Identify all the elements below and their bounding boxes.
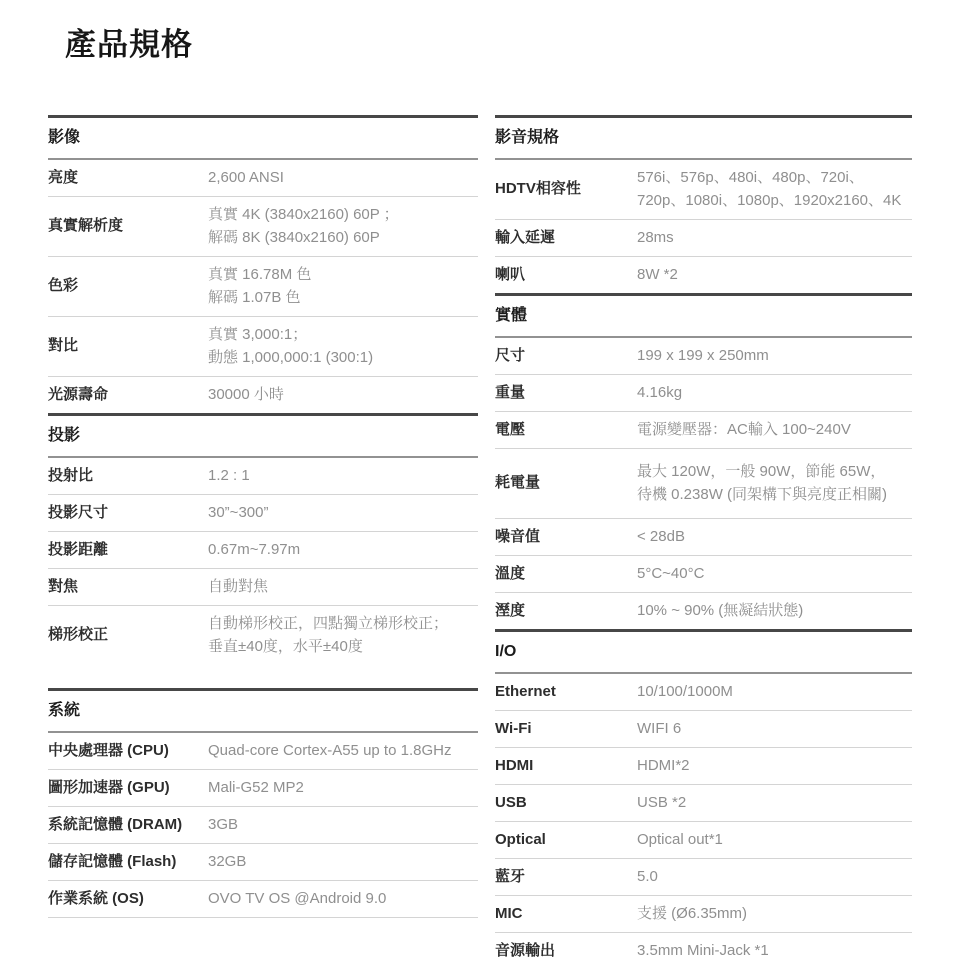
spec-label: 投影尺寸: [48, 501, 208, 524]
spec-value-line: OVO TV OS @Android 9.0: [208, 887, 478, 910]
spec-value: 支援 (Ø6.35mm): [637, 902, 912, 925]
spec-row: HDMIHDMI*2: [495, 748, 912, 785]
spec-value: 電源變壓器：AC輸入 100~240V: [637, 418, 912, 441]
spec-label: 投射比: [48, 464, 208, 487]
spec-label: Optical: [495, 828, 637, 851]
spec-row: Ethernet10/100/1000M: [495, 674, 912, 711]
spec-value-line: 2,600 ANSI: [208, 166, 478, 189]
spec-label: 藍牙: [495, 865, 637, 888]
spec-value: 8W *2: [637, 263, 912, 286]
spec-value-line: 5.0: [637, 865, 912, 888]
page-title: 產品規格: [0, 0, 960, 65]
spec-value-line: 解碼 1.07B 色: [208, 286, 478, 309]
spec-section: 影像亮度2,600 ANSI真實解析度真實 4K (3840x2160) 60P…: [48, 115, 478, 413]
spec-value-line: 28ms: [637, 226, 912, 249]
spec-row: HDTV相容性576i、576p、480i、480p、720i、720p、108…: [495, 160, 912, 220]
spec-value-line: USB *2: [637, 791, 912, 814]
spec-label: 梯形校正: [48, 623, 208, 646]
spec-row: 重量4.16kg: [495, 375, 912, 412]
spec-sheet-page: 產品規格 影像亮度2,600 ANSI真實解析度真實 4K (3840x2160…: [0, 0, 960, 968]
section-header: 系統: [48, 691, 478, 733]
spec-value-line: 30000 小時: [208, 383, 478, 406]
spec-section: 系統中央處理器 (CPU)Quad-core Cortex-A55 up to …: [48, 688, 478, 918]
spec-row: 真實解析度真實 4K (3840x2160) 60P ；解碼 8K (3840x…: [48, 197, 478, 257]
spec-row: 噪音值< 28dB: [495, 519, 912, 556]
spec-label: 作業系統 (OS): [48, 887, 208, 910]
spec-value-line: HDMI*2: [637, 754, 912, 777]
spec-value-line: 10/100/1000M: [637, 680, 912, 703]
spec-value-line: Quad-core Cortex-A55 up to 1.8GHz: [208, 739, 478, 762]
spec-value-line: WIFI 6: [637, 717, 912, 740]
spec-value-line: Optical out*1: [637, 828, 912, 851]
spec-label: 電壓: [495, 418, 637, 441]
spec-value-line: 真實 4K (3840x2160) 60P ；: [208, 203, 478, 226]
spec-value: 10/100/1000M: [637, 680, 912, 703]
spec-value: 真實 3,000:1；動態 1,000,000:1 (300:1): [208, 323, 478, 369]
spec-value: 1.2 : 1: [208, 464, 478, 487]
spec-value-line: 電源變壓器：AC輸入 100~240V: [637, 418, 912, 441]
spec-value-line: 4.16kg: [637, 381, 912, 404]
spec-value-line: 10% ~ 90% (無凝結狀態): [637, 599, 912, 622]
spec-row: Wi-FiWIFI 6: [495, 711, 912, 748]
spec-value: 199 x 199 x 250mm: [637, 344, 912, 367]
spec-row: 音源輸出3.5mm Mini-Jack *1: [495, 933, 912, 968]
spec-label: Ethernet: [495, 680, 637, 703]
spec-value: 自動梯形校正，四點獨立梯形校正；垂直±40度，水平±40度: [208, 612, 478, 658]
spec-row: OpticalOptical out*1: [495, 822, 912, 859]
spec-row: 投影尺寸30”~300”: [48, 495, 478, 532]
spec-value: 真實 16.78M 色解碼 1.07B 色: [208, 263, 478, 309]
spec-value-line: 8W *2: [637, 263, 912, 286]
section-header: 影音規格: [495, 118, 912, 160]
spec-row: 對焦自動對焦: [48, 569, 478, 606]
spec-value-line: 自動梯形校正，四點獨立梯形校正；: [208, 612, 478, 635]
spec-value: < 28dB: [637, 525, 912, 548]
spec-value: 30”~300”: [208, 501, 478, 524]
spec-row: 投射比1.2 : 1: [48, 458, 478, 495]
spec-row: 光源壽命30000 小時: [48, 377, 478, 413]
spec-section: I/OEthernet10/100/1000MWi-FiWIFI 6HDMIHD…: [495, 629, 912, 968]
spec-label: 對焦: [48, 575, 208, 598]
spec-value-line: 199 x 199 x 250mm: [637, 344, 912, 367]
spec-row: 對比真實 3,000:1；動態 1,000,000:1 (300:1): [48, 317, 478, 377]
spec-row: 系統記憶體 (DRAM)3GB: [48, 807, 478, 844]
spec-value: OVO TV OS @Android 9.0: [208, 887, 478, 910]
spec-value: USB *2: [637, 791, 912, 814]
spec-label: 投影距離: [48, 538, 208, 561]
spec-value: 0.67m~7.97m: [208, 538, 478, 561]
spec-value-line: 720p、1080i、1080p、1920x2160、4K: [637, 189, 912, 212]
spec-value: WIFI 6: [637, 717, 912, 740]
spec-label: 重量: [495, 381, 637, 404]
spec-value: 28ms: [637, 226, 912, 249]
spec-section: 投影投射比1.2 : 1投影尺寸30”~300”投影距離0.67m~7.97m對…: [48, 413, 478, 688]
spec-label: 亮度: [48, 166, 208, 189]
spec-value: 真實 4K (3840x2160) 60P ；解碼 8K (3840x2160)…: [208, 203, 478, 249]
spec-value-line: 最大 120W，一般 90W，節能 65W，: [637, 460, 912, 483]
spec-row: 藍牙5.0: [495, 859, 912, 896]
spec-row: USBUSB *2: [495, 785, 912, 822]
spec-value-line: 576i、576p、480i、480p、720i、: [637, 166, 912, 189]
spec-label: 對比: [48, 334, 208, 357]
spec-label: 色彩: [48, 274, 208, 297]
spec-value-line: Mali-G52 MP2: [208, 776, 478, 799]
spec-row: 亮度2,600 ANSI: [48, 160, 478, 197]
spec-row: 梯形校正自動梯形校正，四點獨立梯形校正；垂直±40度，水平±40度: [48, 606, 478, 688]
spec-label: 音源輸出: [495, 939, 637, 962]
spec-label: 真實解析度: [48, 214, 208, 237]
spec-section: 實體尺寸199 x 199 x 250mm重量4.16kg電壓電源變壓器：AC輸…: [495, 293, 912, 629]
spec-value: 576i、576p、480i、480p、720i、720p、1080i、1080…: [637, 166, 912, 212]
spec-label: 圖形加速器 (GPU): [48, 776, 208, 799]
spec-value-line: 真實 16.78M 色: [208, 263, 478, 286]
spec-value-line: 32GB: [208, 850, 478, 873]
spec-section: 影音規格HDTV相容性576i、576p、480i、480p、720i、720p…: [495, 115, 912, 293]
spec-row: 尺寸199 x 199 x 250mm: [495, 338, 912, 375]
spec-label: 溼度: [495, 599, 637, 622]
spec-value: HDMI*2: [637, 754, 912, 777]
spec-value-line: 垂直±40度，水平±40度: [208, 635, 478, 658]
spec-label: USB: [495, 791, 637, 814]
spec-label: 耗電量: [495, 471, 637, 494]
spec-value-line: 30”~300”: [208, 501, 478, 524]
spec-value-line: 3GB: [208, 813, 478, 836]
spec-row: MIC支援 (Ø6.35mm): [495, 896, 912, 933]
spec-value: 10% ~ 90% (無凝結狀態): [637, 599, 912, 622]
spec-label: 輸入延遲: [495, 226, 637, 249]
spec-row: 電壓電源變壓器：AC輸入 100~240V: [495, 412, 912, 449]
spec-row: 耗電量最大 120W，一般 90W，節能 65W，待機 0.238W (同架構下…: [495, 449, 912, 519]
spec-value-line: 自動對焦: [208, 575, 478, 598]
spec-label: HDTV相容性: [495, 177, 637, 200]
spec-value: Mali-G52 MP2: [208, 776, 478, 799]
spec-value-line: 3.5mm Mini-Jack *1: [637, 939, 912, 962]
spec-value: Quad-core Cortex-A55 up to 1.8GHz: [208, 739, 478, 762]
spec-value: 5.0: [637, 865, 912, 888]
spec-value: 最大 120W，一般 90W，節能 65W，待機 0.238W (同架構下與亮度…: [637, 460, 912, 506]
spec-value: Optical out*1: [637, 828, 912, 851]
spec-label: 喇叭: [495, 263, 637, 286]
spec-value: 4.16kg: [637, 381, 912, 404]
spec-columns: 影像亮度2,600 ANSI真實解析度真實 4K (3840x2160) 60P…: [48, 115, 912, 968]
spec-row: 輸入延遲28ms: [495, 220, 912, 257]
spec-value-line: 待機 0.238W (同架構下與亮度正相關): [637, 483, 912, 506]
spec-row: 儲存記憶體 (Flash)32GB: [48, 844, 478, 881]
spec-value-line: 解碼 8K (3840x2160) 60P: [208, 226, 478, 249]
spec-value-line: 支援 (Ø6.35mm): [637, 902, 912, 925]
spec-label: 尺寸: [495, 344, 637, 367]
section-header: 影像: [48, 118, 478, 160]
spec-row: 作業系統 (OS)OVO TV OS @Android 9.0: [48, 881, 478, 918]
spec-column-right: 影音規格HDTV相容性576i、576p、480i、480p、720i、720p…: [495, 115, 912, 968]
spec-value: 3.5mm Mini-Jack *1: [637, 939, 912, 962]
spec-value-line: 1.2 : 1: [208, 464, 478, 487]
spec-value-line: 5°C~40°C: [637, 562, 912, 585]
spec-label: HDMI: [495, 754, 637, 777]
spec-label: 溫度: [495, 562, 637, 585]
spec-label: 儲存記憶體 (Flash): [48, 850, 208, 873]
spec-row: 色彩真實 16.78M 色解碼 1.07B 色: [48, 257, 478, 317]
spec-value-line: < 28dB: [637, 525, 912, 548]
spec-row: 投影距離0.67m~7.97m: [48, 532, 478, 569]
spec-row: 溫度5°C~40°C: [495, 556, 912, 593]
spec-value-line: 真實 3,000:1；: [208, 323, 478, 346]
spec-label: 系統記憶體 (DRAM): [48, 813, 208, 836]
spec-column-left: 影像亮度2,600 ANSI真實解析度真實 4K (3840x2160) 60P…: [48, 115, 478, 918]
section-header: 實體: [495, 296, 912, 338]
spec-value: 2,600 ANSI: [208, 166, 478, 189]
spec-label: MIC: [495, 902, 637, 925]
spec-label: 光源壽命: [48, 383, 208, 406]
spec-label: 噪音值: [495, 525, 637, 548]
spec-value-line: 0.67m~7.97m: [208, 538, 478, 561]
spec-label: Wi-Fi: [495, 717, 637, 740]
spec-value: 5°C~40°C: [637, 562, 912, 585]
spec-row: 溼度10% ~ 90% (無凝結狀態): [495, 593, 912, 629]
spec-value: 30000 小時: [208, 383, 478, 406]
spec-value: 32GB: [208, 850, 478, 873]
spec-value-line: 動態 1,000,000:1 (300:1): [208, 346, 478, 369]
spec-row: 圖形加速器 (GPU)Mali-G52 MP2: [48, 770, 478, 807]
spec-value: 自動對焦: [208, 575, 478, 598]
section-header: I/O: [495, 632, 912, 674]
spec-value: 3GB: [208, 813, 478, 836]
section-header: 投影: [48, 416, 478, 458]
spec-row: 中央處理器 (CPU)Quad-core Cortex-A55 up to 1.…: [48, 733, 478, 770]
spec-label: 中央處理器 (CPU): [48, 739, 208, 762]
spec-row: 喇叭8W *2: [495, 257, 912, 293]
